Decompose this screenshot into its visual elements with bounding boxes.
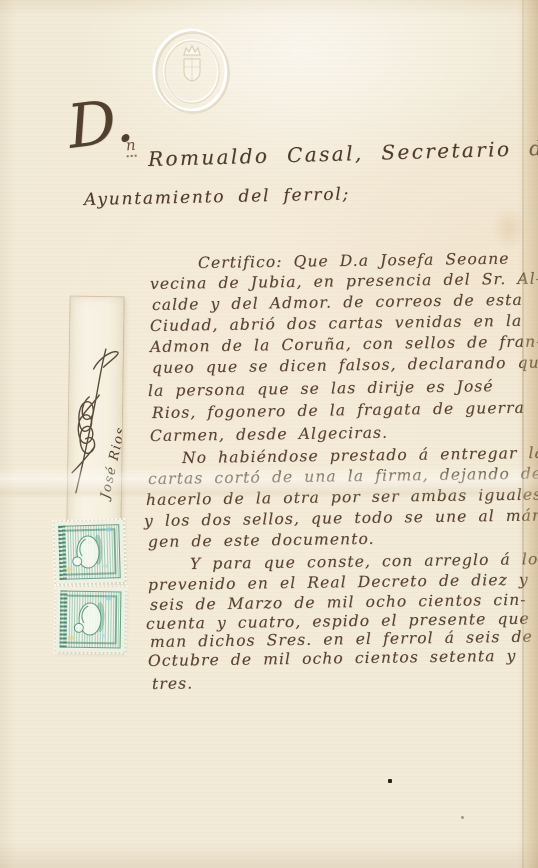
p1-line-3: calde y del Admor. de correos de esta bbox=[152, 293, 523, 314]
p1-line-2: vecina de Jubia, en presencia del Sr. Al… bbox=[150, 272, 538, 293]
honorific-superscript: n bbox=[125, 136, 136, 158]
ink-speck bbox=[461, 816, 464, 819]
p1-line-5: Admon de la Coruña, con sellos de fran- bbox=[150, 335, 538, 356]
scanned-manuscript-page: D. n Romualdo Casal, Secretario del Ayun… bbox=[0, 0, 538, 868]
page-edge-shading bbox=[524, 0, 538, 868]
p3-line-2: prevenido en el Real Decreto de diez y bbox=[148, 573, 529, 594]
stamp-figure-icon bbox=[55, 586, 125, 652]
p2-line-1: No habiéndose prestado á entregar las bbox=[182, 446, 538, 467]
paper-stain bbox=[492, 206, 526, 250]
paper-crease bbox=[0, 466, 538, 498]
p1-line-7: la persona que se las dirije es José bbox=[148, 379, 494, 399]
p2-line-5: gen de este documento. bbox=[148, 532, 375, 551]
stamp-figure-icon bbox=[54, 520, 125, 584]
p1-line-1: Certifico: Que D.a Josefa Seoane bbox=[198, 252, 510, 272]
heading-line-2: Ayuntamiento del ferrol; bbox=[84, 186, 350, 209]
postage-stamp-bottom bbox=[55, 586, 125, 652]
p1-line-4: Ciudad, abrió dos cartas venidas en la bbox=[150, 314, 523, 335]
seal-crest-icon bbox=[151, 27, 233, 117]
p3-line-1: Y para que conste, con arreglo á lo bbox=[190, 552, 538, 572]
ink-speck bbox=[388, 779, 392, 783]
p3-line-6: Octubre de mil ocho cientos setenta y bbox=[148, 649, 517, 670]
p1-line-9: Carmen, desde Algeciras. bbox=[150, 426, 388, 445]
postage-stamp-top bbox=[54, 520, 125, 584]
p3-line-7: tres. bbox=[152, 676, 193, 692]
p1-line-6: queo que se dicen falsos, declarando que bbox=[152, 355, 538, 376]
embossed-seal bbox=[151, 27, 233, 117]
heading-line-1: Romualdo Casal, Secretario del bbox=[148, 137, 538, 169]
p2-line-4: y los dos sellos, que todo se une al már… bbox=[144, 508, 538, 529]
p1-line-8: Rios, fogonero de la fragata de guerra bbox=[152, 401, 525, 422]
